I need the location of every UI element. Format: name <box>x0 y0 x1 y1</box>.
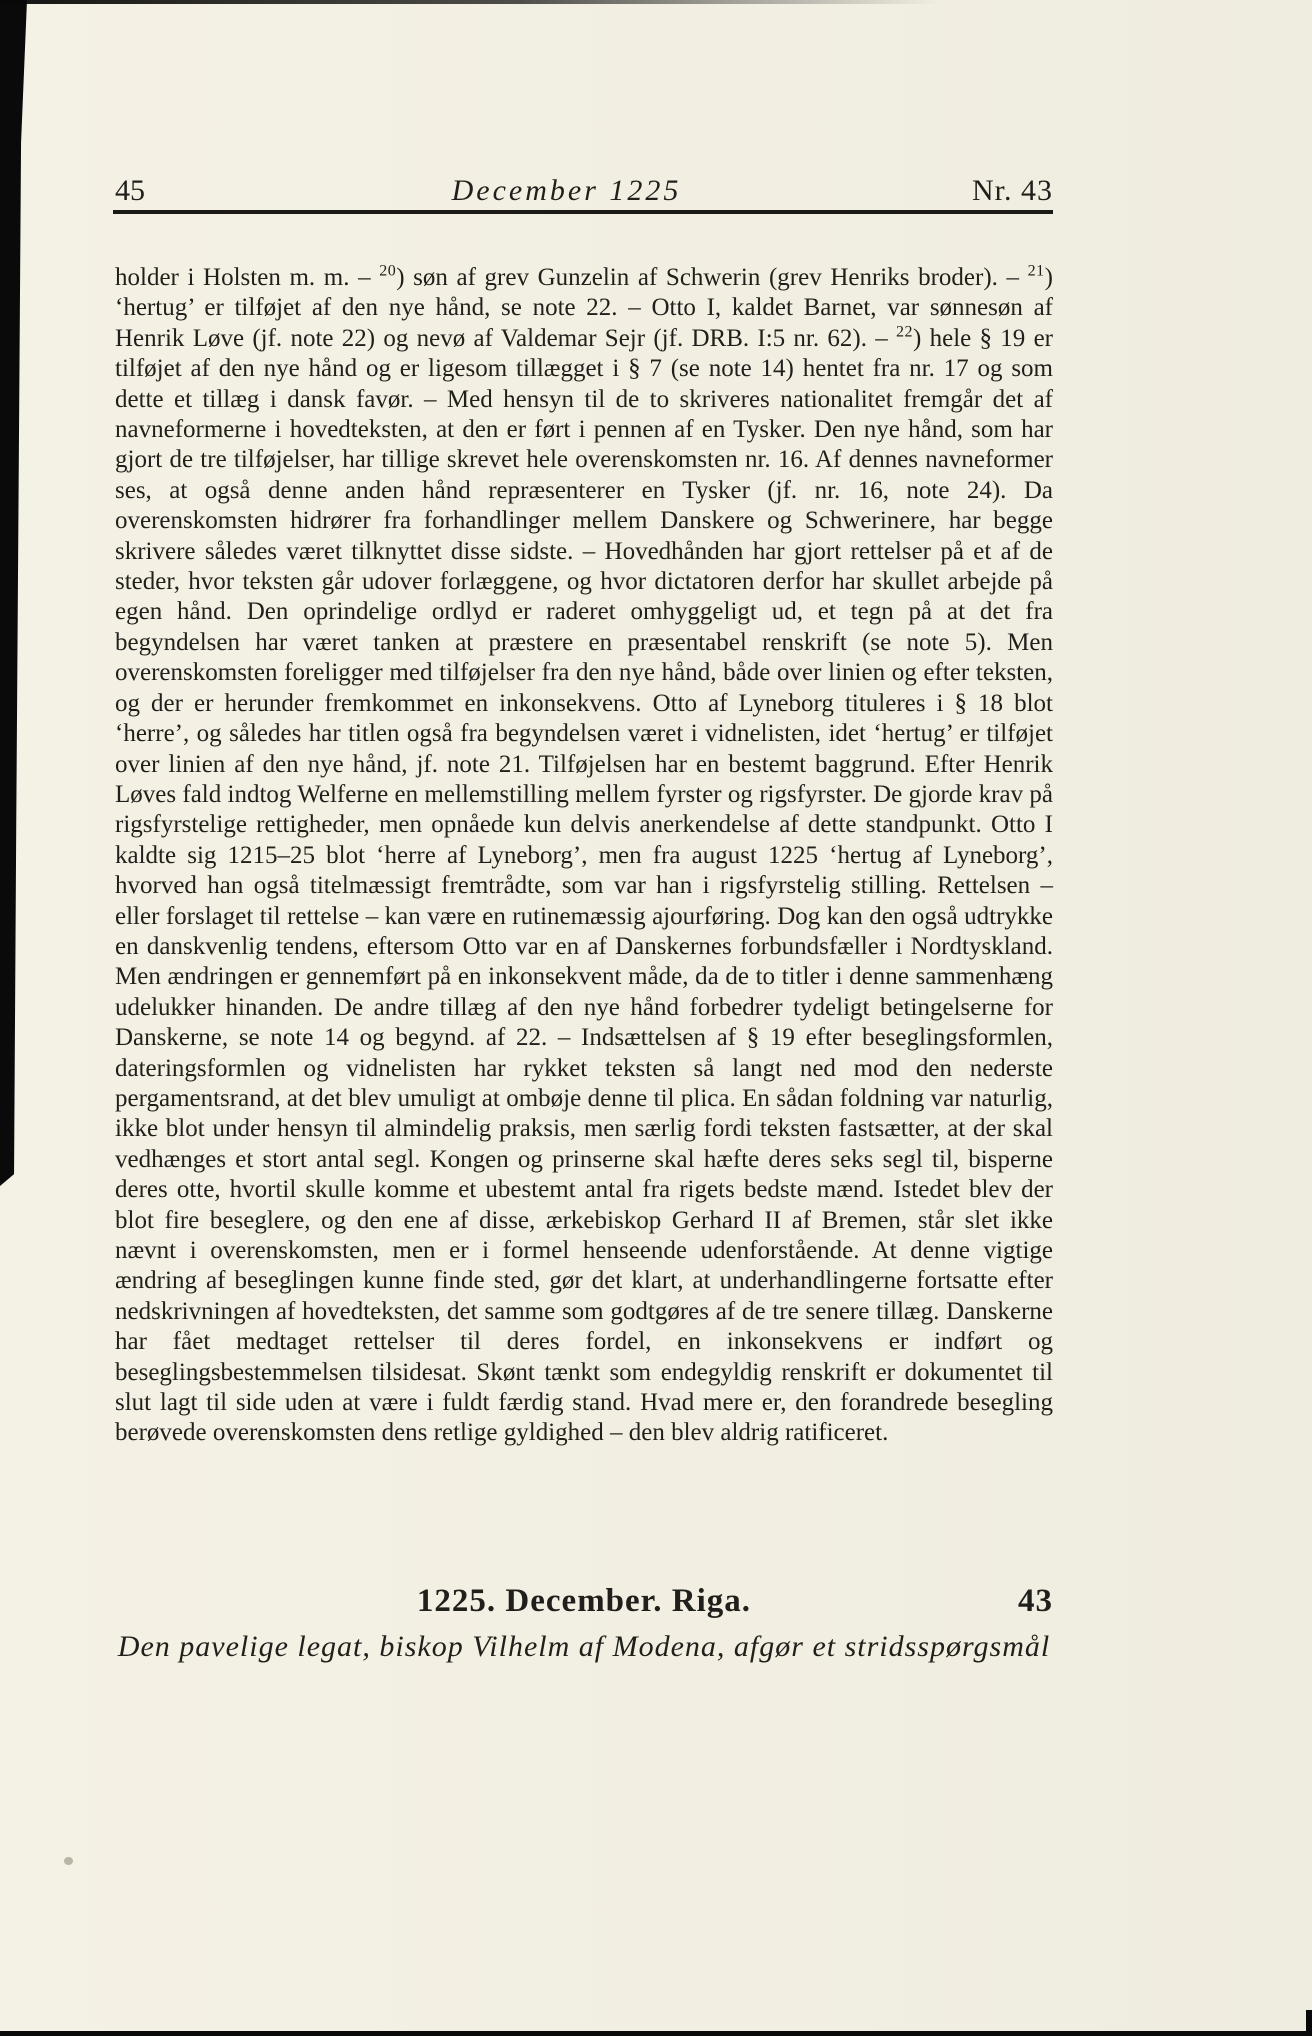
footnote-number-superscript: 22 <box>896 323 913 340</box>
footnote-number-superscript: 20 <box>379 263 396 280</box>
scanned-book-page: 45 December 1225 Nr. 43 holder i Holsten… <box>0 0 1312 2036</box>
running-title-date: December 1225 <box>452 176 682 206</box>
scan-edge-corner-bottom-right <box>1306 2010 1312 2036</box>
paper-speck <box>64 1857 73 1865</box>
page-number: 45 <box>115 176 145 206</box>
footnote-number-superscript: 21 <box>1028 263 1045 280</box>
running-header: 45 December 1225 Nr. 43 <box>115 176 1053 206</box>
body-text-run: ) hele § 19 er tilføjet af den nye hånd … <box>115 325 1053 1447</box>
body-text-run: holder i Holsten m. m. – <box>115 264 379 291</box>
regest-line: Den pavelige legat, biskop Vilhelm af Mo… <box>115 1630 1053 1665</box>
scan-edge-left <box>0 0 27 1186</box>
body-text-run: ) søn af grev Gunzelin af Schwerin (grev… <box>396 264 1027 291</box>
entry-title: 1225. December. Riga. <box>417 1583 751 1619</box>
scan-edge-bottom <box>0 2031 1312 2036</box>
scan-edge-top <box>0 0 940 4</box>
body-paragraph: holder i Holsten m. m. – 20) søn af grev… <box>115 263 1053 1449</box>
header-rule <box>113 210 1053 214</box>
entry-number: 43 <box>1018 1585 1053 1618</box>
entry-heading: 1225. December. Riga. 43 <box>115 1585 1053 1618</box>
document-number-heading: Nr. 43 <box>972 176 1053 206</box>
